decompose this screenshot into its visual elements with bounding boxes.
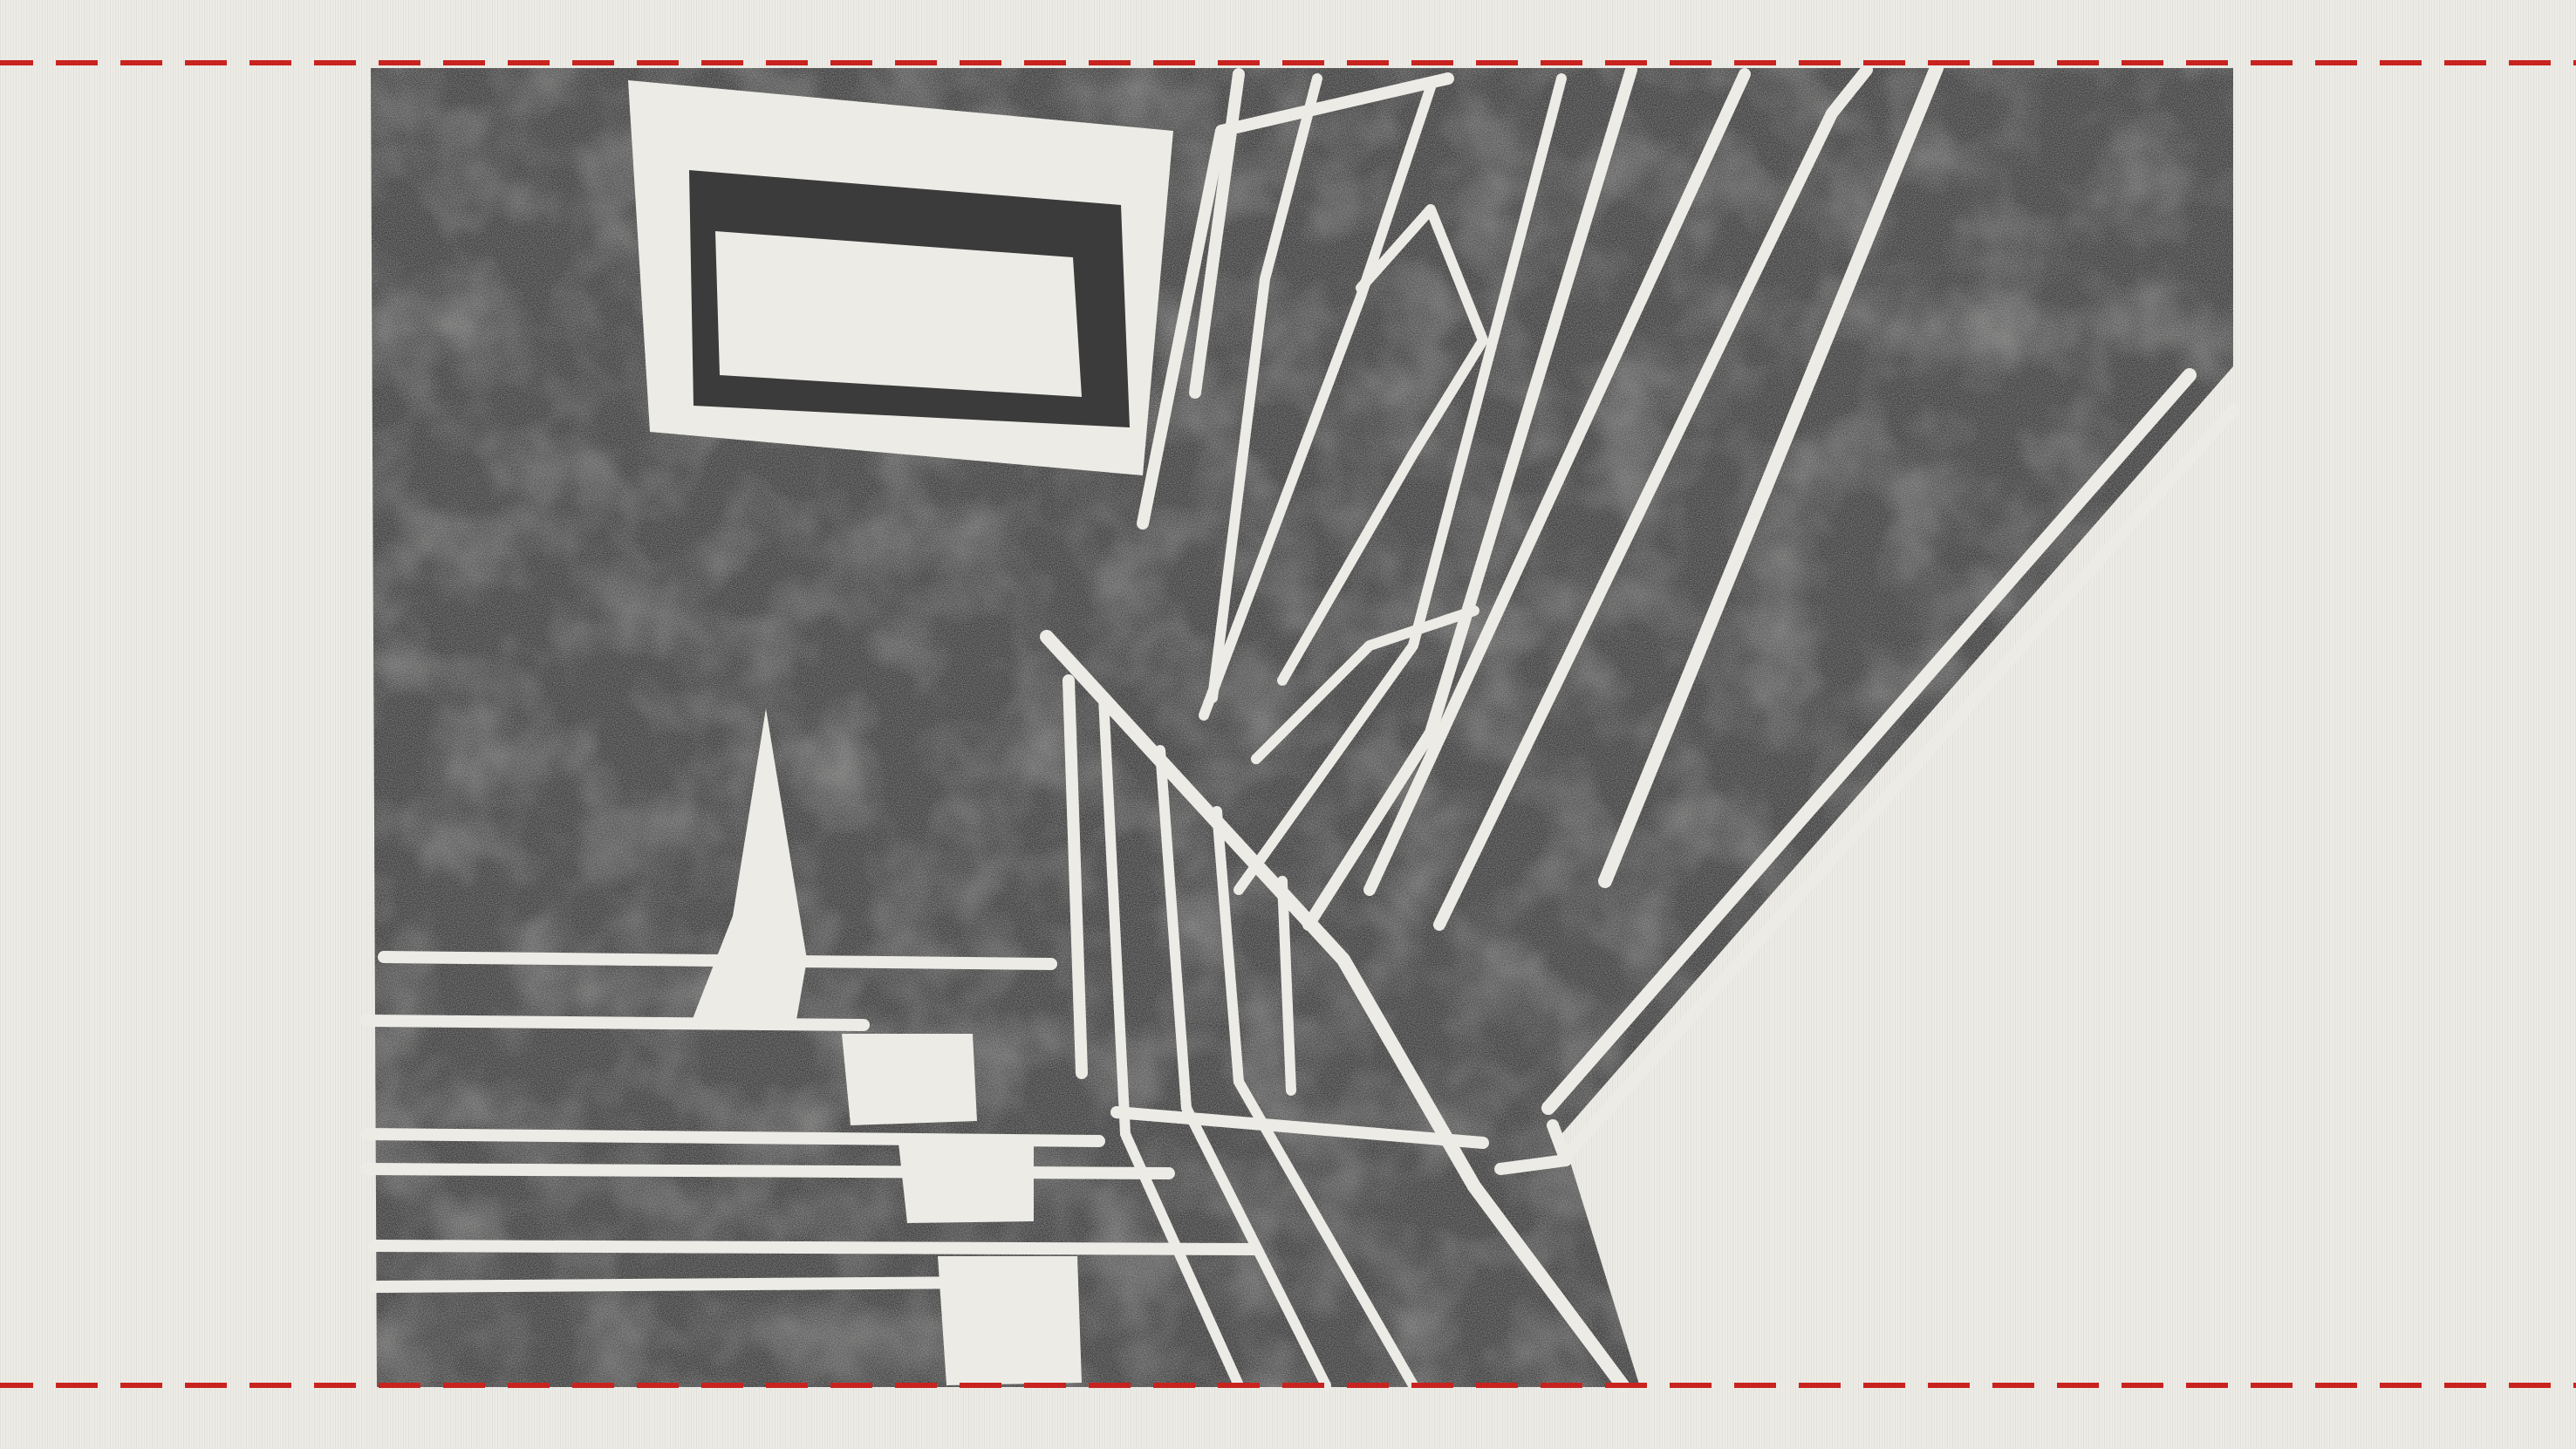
linocut-print-photo — [0, 0, 2576, 1449]
window — [628, 80, 1173, 475]
